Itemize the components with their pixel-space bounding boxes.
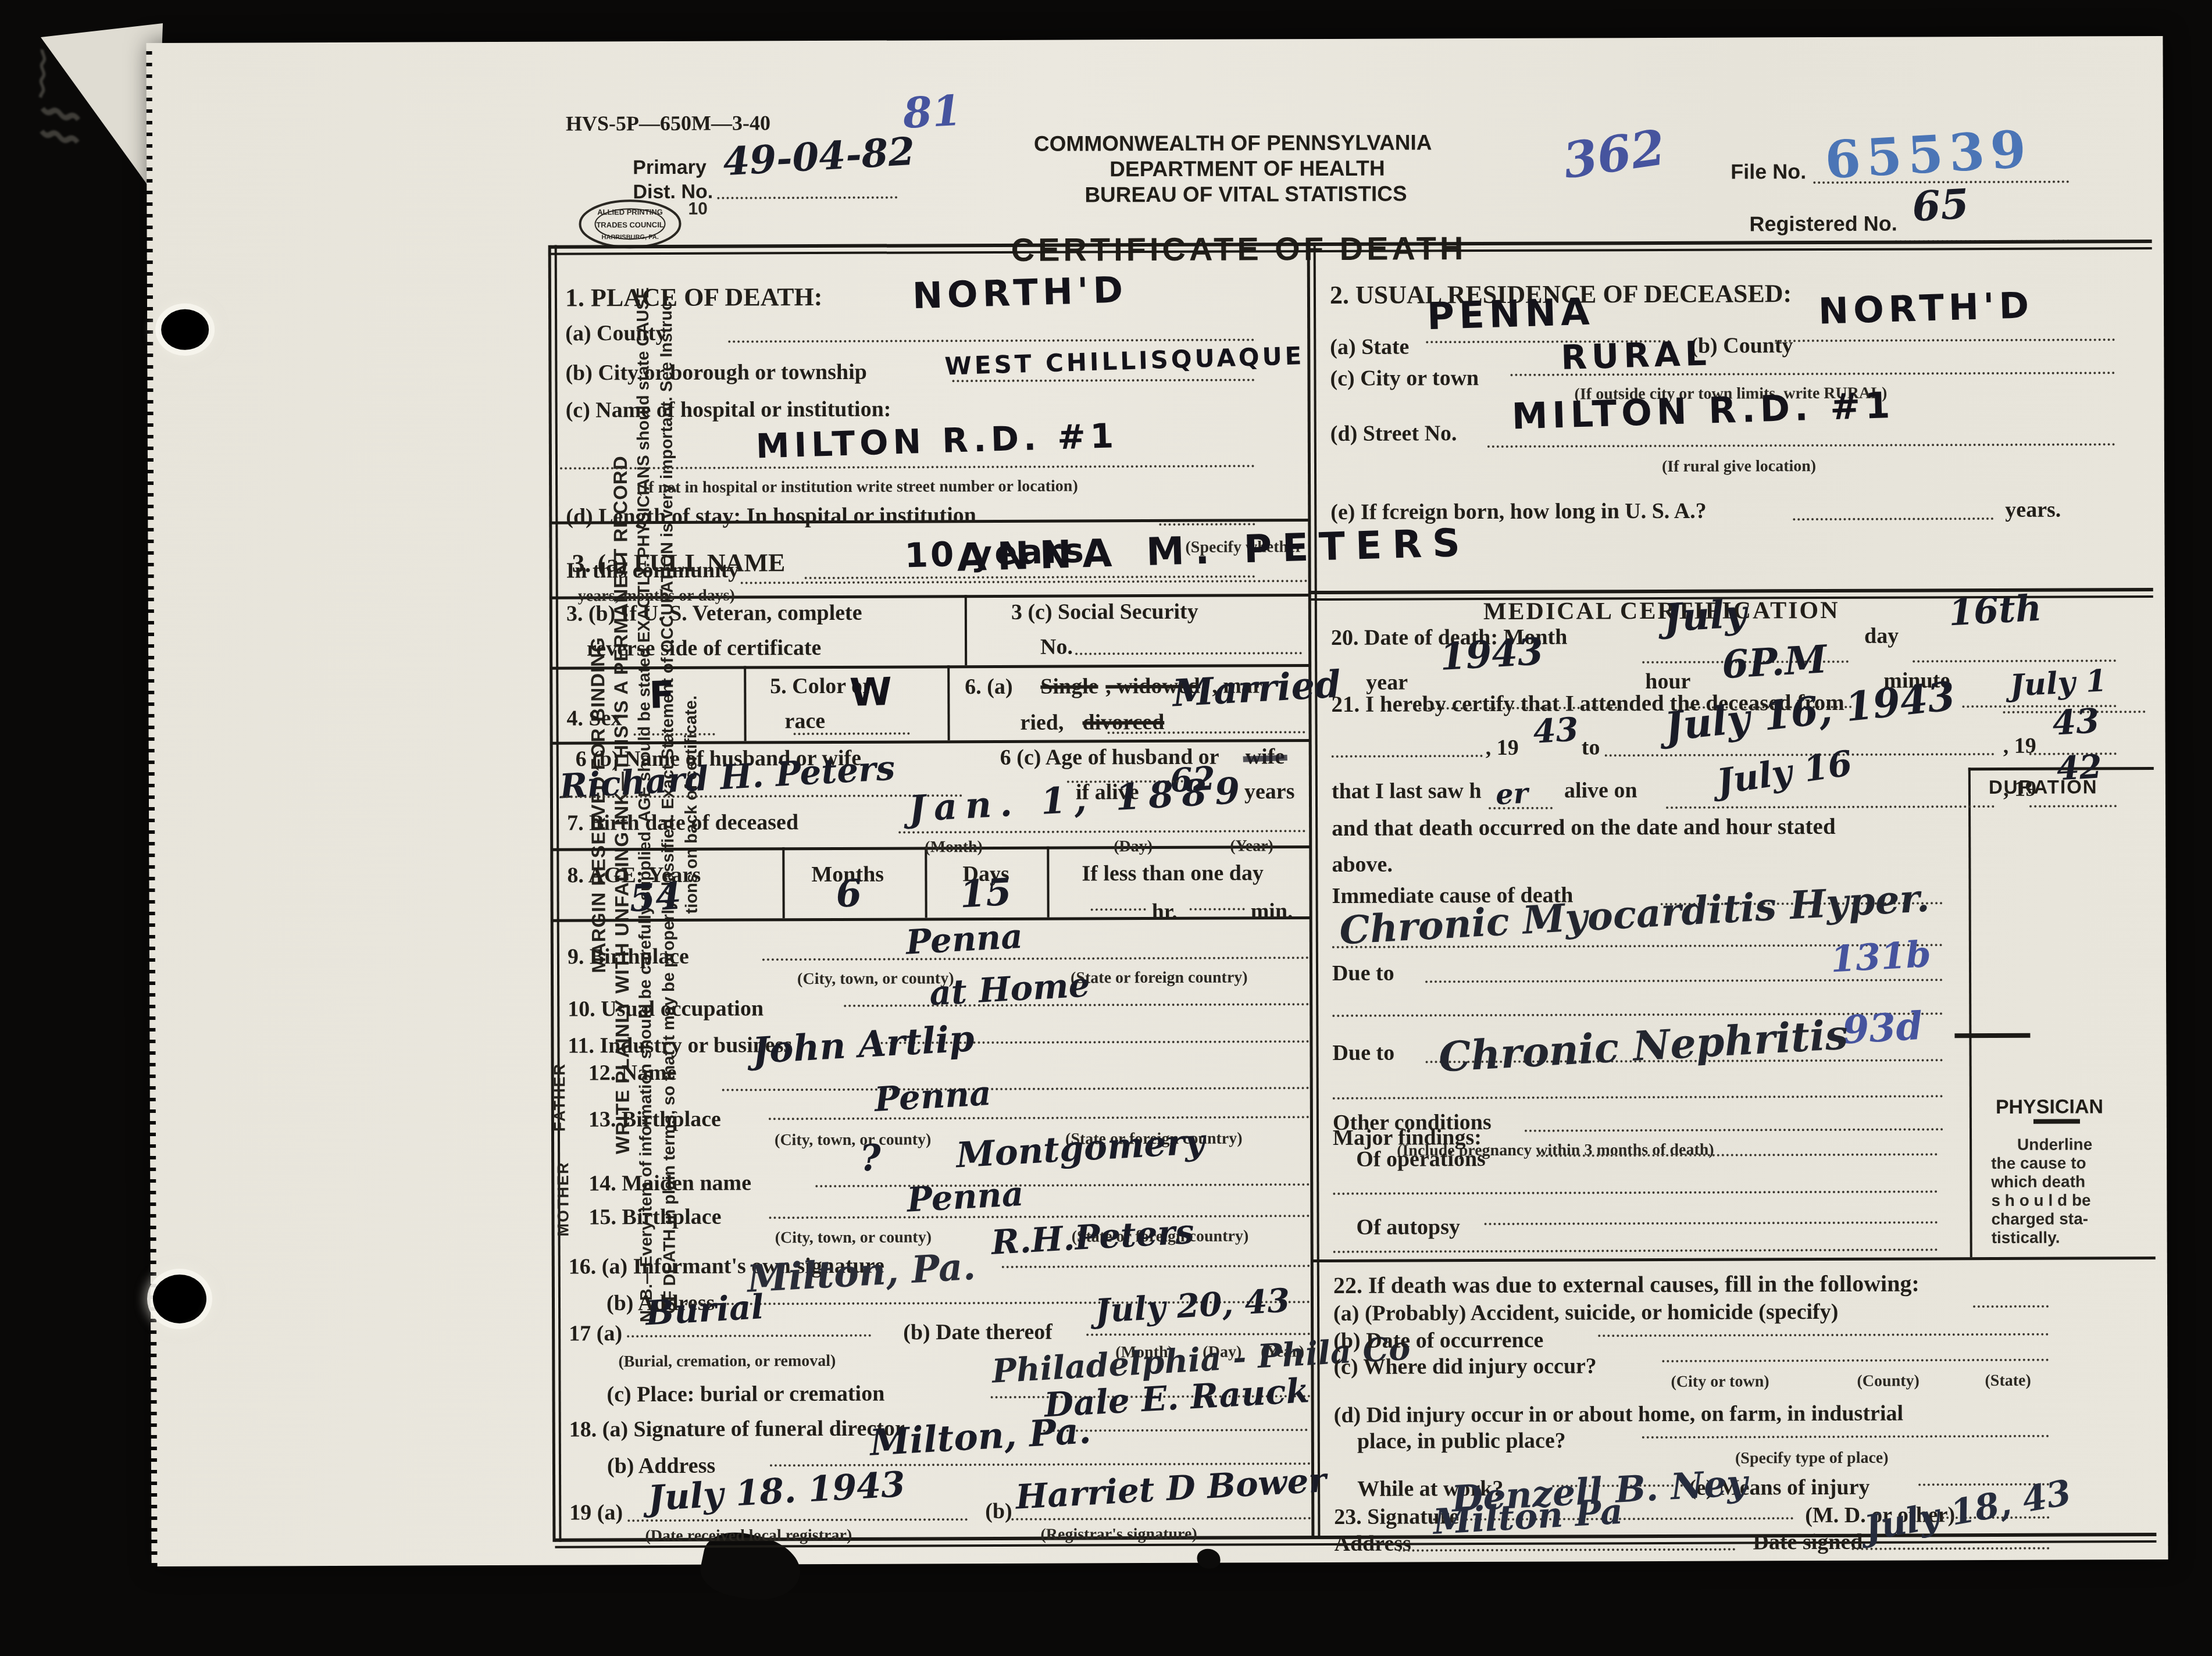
dotted-line xyxy=(1332,755,1483,758)
duration-divider xyxy=(1968,768,1972,1257)
s22a: (a) (Probably) Accident, suicide, or hom… xyxy=(1333,1299,1838,1326)
s21-her: er xyxy=(1494,777,1529,811)
dotted-line xyxy=(1011,1517,1311,1521)
s17a-note: (Burial, cremation, or removal) xyxy=(618,1352,836,1371)
s9-value: Penna xyxy=(905,916,1023,962)
union-label-number: 10 xyxy=(688,199,707,219)
s23-date-label: Date signed xyxy=(1753,1529,1863,1555)
s7-n1: (Month) xyxy=(925,838,983,856)
dotted-line xyxy=(1333,1095,1943,1100)
physician-note-6: tistically. xyxy=(1992,1229,2060,1247)
punch-hole-bottom xyxy=(153,1275,206,1323)
s21-to-value: July 16, 1943 xyxy=(1662,673,1958,751)
s2a-label: (a) State xyxy=(1330,334,1409,359)
registered-no-label: Registered No. xyxy=(1749,212,1897,237)
commonwealth-line: COMMONWEALTH OF PENNSYLVANIA xyxy=(1034,130,1432,156)
registered-no-value: 65 xyxy=(1911,180,1970,231)
s21-from-year: 43 xyxy=(1532,710,1580,751)
s19a-note: (Date received local registrar) xyxy=(645,1526,852,1546)
dotted-line xyxy=(722,1087,1310,1091)
s19a-label: 19 (a) xyxy=(569,1500,623,1525)
s3b-label2: reverse side of certificate xyxy=(587,635,821,661)
physician-note-2: the cause to xyxy=(1991,1154,2086,1173)
s8-less: If less than one day xyxy=(1082,860,1264,886)
s22c-n1: (City or town) xyxy=(1671,1372,1769,1391)
s22-heading: 22. If death was due to external causes,… xyxy=(1333,1269,1920,1299)
s8-years-value: 54 xyxy=(629,875,683,921)
cell-divider xyxy=(925,847,927,918)
s21-line4: and that death occurred on the date and … xyxy=(1332,813,1836,841)
s8-days-value: 15 xyxy=(959,870,1013,917)
svg-text:HARRISBURG, PA.: HARRISBURG, PA. xyxy=(601,234,658,241)
dotted-line xyxy=(1091,908,1146,911)
s17c-label: (c) Place: burial or cremation xyxy=(606,1381,884,1408)
certificate-paper: MARGIN RESERVED FOR BINDING WRITE PLAINL… xyxy=(149,36,2168,1566)
svg-text:ALLIED PRINTING: ALLIED PRINTING xyxy=(597,208,663,216)
s2b-value: NORTH'D xyxy=(1818,284,2034,333)
dotted-line xyxy=(627,1518,968,1522)
dotted-line xyxy=(1642,1435,2049,1439)
s12-label: 12. Name xyxy=(588,1060,677,1086)
s6a-single: Single xyxy=(1040,673,1098,699)
med-title: MEDICAL CERTIFICATION xyxy=(1483,597,1840,626)
s14-value: Montgomery xyxy=(955,1122,1205,1176)
due2-code: 93d xyxy=(1841,1003,1924,1053)
perforated-edge xyxy=(146,43,157,1566)
s23-addr-label: Address xyxy=(1334,1530,1411,1556)
cell-divider xyxy=(965,595,967,665)
s16a-value: R.H.Peters xyxy=(990,1212,1196,1262)
s21-to-word: to xyxy=(1582,734,1600,760)
s19b-note: (Registrar's signature) xyxy=(1040,1525,1197,1544)
due1-label: Due to xyxy=(1332,961,1394,986)
s3c-label: 3 (c) Social Security xyxy=(1011,599,1198,625)
union-label-emblem: ALLIED PRINTING TRADES COUNCIL HARRISBUR… xyxy=(577,197,682,251)
dotted-line xyxy=(1775,338,2115,342)
dotted-line xyxy=(1666,805,1995,809)
cell-divider xyxy=(782,847,784,918)
s20-day-label: day xyxy=(1864,623,1899,649)
s1b-label: (b) City or borough or township xyxy=(565,359,867,386)
s21-line5: above. xyxy=(1332,852,1393,877)
s7-value: Jan. 1, 1889 xyxy=(907,769,1249,830)
s8-months-value: 6 xyxy=(834,872,863,916)
dotted-line xyxy=(844,1003,1309,1007)
s1c-label: (c) Name of hospital or institution: xyxy=(566,397,891,423)
s19b-value: Harriet D Bower xyxy=(1015,1460,1328,1517)
department-line: DEPARTMENT OF HEALTH xyxy=(1109,156,1385,182)
dotted-line xyxy=(1851,1547,2049,1550)
dotted-line xyxy=(1333,1248,1938,1253)
dotted-line xyxy=(1793,517,1993,520)
dotted-line xyxy=(1159,523,1255,526)
s1c-note: (If not in hospital or institution write… xyxy=(637,477,1078,497)
dotted-line xyxy=(1489,807,1553,809)
dotted-line xyxy=(1598,1333,2049,1337)
dotted-line xyxy=(952,379,1254,382)
dotted-line xyxy=(1662,1359,2049,1362)
s7-label: 7. Birth date of deceased xyxy=(567,809,798,836)
s21-from-value: July 1 xyxy=(2009,663,2108,704)
s13-value: Penna xyxy=(873,1073,992,1119)
penciled-362: 362 xyxy=(1560,118,1669,190)
s6c-label-wife: wife xyxy=(1246,744,1285,769)
s22d-note: (Specify type of place) xyxy=(1735,1449,1889,1468)
duration-label: DURATION xyxy=(1989,776,2098,798)
penciled-81: 81 xyxy=(902,85,963,138)
s17b-value: July 20, 43 xyxy=(1094,1281,1291,1330)
physician-note-5: charged sta- xyxy=(1991,1209,2088,1229)
s1c-value: MILTON R.D. #1 xyxy=(755,416,1119,466)
punch-hole-top xyxy=(161,309,209,350)
s2d-label: (d) Street No. xyxy=(1330,420,1457,447)
dotted-line xyxy=(1525,1128,1943,1132)
s18a-label: 18. (a) Signature of funeral director xyxy=(569,1416,905,1443)
s2e-label: (e) If fcreign born, how long in U. S. A… xyxy=(1330,498,1707,525)
s6a-ried: ried, xyxy=(1020,710,1064,736)
mother-label: MOTHER xyxy=(554,1162,572,1237)
oper-label: Of operations xyxy=(1356,1146,1486,1172)
dotted-line xyxy=(1086,1333,1310,1336)
s22c: (c) Where did injury occur? xyxy=(1333,1353,1597,1380)
s22d-line1: (d) Did injury occur in or about home, o… xyxy=(1334,1401,1903,1428)
dotted-line xyxy=(2029,805,2117,808)
primary-label-1: Primary xyxy=(633,156,707,179)
s12-value: John Artlip xyxy=(751,1017,976,1072)
duration-dash xyxy=(1954,1033,2030,1038)
dotted-line xyxy=(898,830,1305,833)
s2d-note: (If rural give location) xyxy=(1662,457,1816,476)
dotted-line xyxy=(1333,1190,1938,1195)
svg-text:TRADES COUNCIL: TRADES COUNCIL xyxy=(596,220,663,229)
physician-note-4: s h o u l d be xyxy=(1991,1191,2090,1210)
s20-year: 1943 xyxy=(1439,630,1544,679)
s1-heading: 1. PLACE OF DEATH: xyxy=(565,282,823,313)
dotted-line xyxy=(728,338,1254,342)
physician-dash xyxy=(2033,1119,2080,1123)
file-no-label: File No. xyxy=(1731,159,1806,184)
s7-n2: (Day) xyxy=(1114,837,1153,856)
s2e-suffix: years. xyxy=(2005,497,2061,523)
s22c-n3: (State) xyxy=(1985,1372,2031,1390)
dotted-line xyxy=(769,1215,1310,1219)
s20-day: 16th xyxy=(1947,587,2043,634)
autopsy-label: Of autopsy xyxy=(1356,1214,1460,1240)
s10-label: 10. Usual occupation xyxy=(568,995,764,1022)
dotted-line xyxy=(1973,1305,2049,1308)
s3c-no: No. xyxy=(1040,634,1073,660)
physician-note-3: which death xyxy=(1991,1172,2085,1191)
cell-divider xyxy=(744,666,746,741)
s2a-value: PENNA xyxy=(1426,291,1594,338)
s9-label: 9. Birthplace xyxy=(568,944,689,970)
s17b-label: (b) Date thereof xyxy=(903,1319,1053,1345)
dotted-line xyxy=(769,1116,1310,1120)
other-conditions-value: Chronic Nephritis xyxy=(1437,1010,1849,1081)
dotted-line xyxy=(741,580,1308,584)
s3a-value: ANNA M. PETERS xyxy=(957,520,1471,580)
death-certificate-scan: ⌇⌇﹋ ( MARGIN RESERVED FOR BINDING WRITE … xyxy=(0,0,2212,1656)
s18b-label: (b) Address xyxy=(607,1453,715,1479)
s5-label2: race xyxy=(784,708,825,734)
s21-19-pre: , 19 xyxy=(1486,735,1519,761)
ink-blot-small xyxy=(1197,1549,1220,1569)
physician-label: PHYSICIAN xyxy=(1996,1095,2103,1119)
dotted-line xyxy=(1398,1548,1735,1552)
dotted-line xyxy=(1485,1221,1938,1225)
s21-saw-value: July 16 xyxy=(1714,743,1855,803)
form-number: HVS-5P—650M—3-40 xyxy=(566,110,770,135)
s2c-value: RURAL xyxy=(1560,333,1711,377)
cell-divider xyxy=(947,665,950,740)
s21-to-year: 43 xyxy=(2052,701,2100,743)
s7-n3: (Year) xyxy=(1230,837,1273,855)
s17a-label: 17 (a) xyxy=(569,1320,622,1346)
s4-label: 4. Sex xyxy=(566,705,622,731)
s8-min: min. xyxy=(1251,898,1293,924)
s1b-value: WEST CHILLISQUAQUE xyxy=(944,341,1305,380)
dotted-line xyxy=(627,1334,871,1337)
dotted-line xyxy=(1487,443,2115,448)
dotted-line xyxy=(1075,652,1302,655)
s19b-label: (b) xyxy=(985,1498,1012,1524)
bureau-line: BUREAU OF VITAL STATISTICS xyxy=(1084,182,1407,208)
dotted-line xyxy=(762,957,1309,961)
s14-q: ? xyxy=(859,1136,882,1180)
s8-hr: hr. xyxy=(1152,899,1178,925)
s22b: (b) Date of occurrence xyxy=(1333,1327,1543,1354)
due1-code: 131b xyxy=(1829,933,1932,981)
s20-hour: 6P.M xyxy=(1721,636,1828,687)
primary-dist-value: 49-04-82 xyxy=(722,129,916,184)
rule xyxy=(1313,1257,2156,1262)
s1a-label: (a) County xyxy=(565,320,666,347)
s5-value: W xyxy=(849,669,897,715)
s4-value: F xyxy=(648,673,680,718)
s6c-years: years xyxy=(1244,779,1295,804)
dotted-line xyxy=(1190,908,1245,910)
s14-label: 14. Maiden name xyxy=(588,1170,751,1196)
s21-line3b: alive on xyxy=(1564,777,1637,803)
dotted-line xyxy=(1913,659,2116,662)
s3a-label: 3. (a) FULL NAME xyxy=(572,548,785,578)
s1d-label: (d) Length of stay: In hospital or insti… xyxy=(566,502,976,529)
physician-note-1: Underline xyxy=(2017,1135,2092,1154)
cell-divider xyxy=(1047,847,1049,918)
dotted-line xyxy=(1425,979,1943,983)
s13-label: 13. Birthplace xyxy=(588,1107,721,1133)
dotted-line xyxy=(794,732,910,735)
s2c-label: (c) City or town xyxy=(1330,365,1479,391)
dotted-line xyxy=(634,733,715,736)
due2-label: Due to xyxy=(1332,1040,1394,1066)
s15-label: 15. Birthplace xyxy=(588,1204,721,1230)
dotted-line xyxy=(717,197,897,199)
s20-month: July xyxy=(1662,591,1748,641)
dotted-line xyxy=(1002,1265,1310,1268)
file-no-value: 65539 xyxy=(1823,119,2033,191)
s21-line3a: that I last saw h xyxy=(1332,778,1482,804)
s2d-value: MILTON R.D. #1 xyxy=(1511,384,1896,438)
s15-n1: (City, town, or county) xyxy=(775,1228,932,1247)
s3b-label1: 3. (b) If U. S. Veteran, complete xyxy=(566,600,862,627)
s9-n2: (State or foreign country) xyxy=(1071,968,1248,987)
s6a-label-intro: 6. (a) xyxy=(965,674,1012,699)
s15-value: Penna xyxy=(906,1174,1025,1220)
s1a-value: NORTH'D xyxy=(912,268,1128,317)
border-left xyxy=(548,245,562,1542)
s17a-value: Burial xyxy=(644,1287,765,1333)
father-label: FATHER xyxy=(551,1063,569,1132)
ghost-writing: ⌇⌇﹋ xyxy=(23,59,93,154)
s13-n1: (City, town, or county) xyxy=(775,1130,931,1150)
dotted-line xyxy=(815,1183,1310,1187)
s22c-n2: (County) xyxy=(1857,1372,1919,1390)
s22d-line2: place, in public place? xyxy=(1357,1428,1566,1454)
dotted-line xyxy=(1108,731,1305,734)
